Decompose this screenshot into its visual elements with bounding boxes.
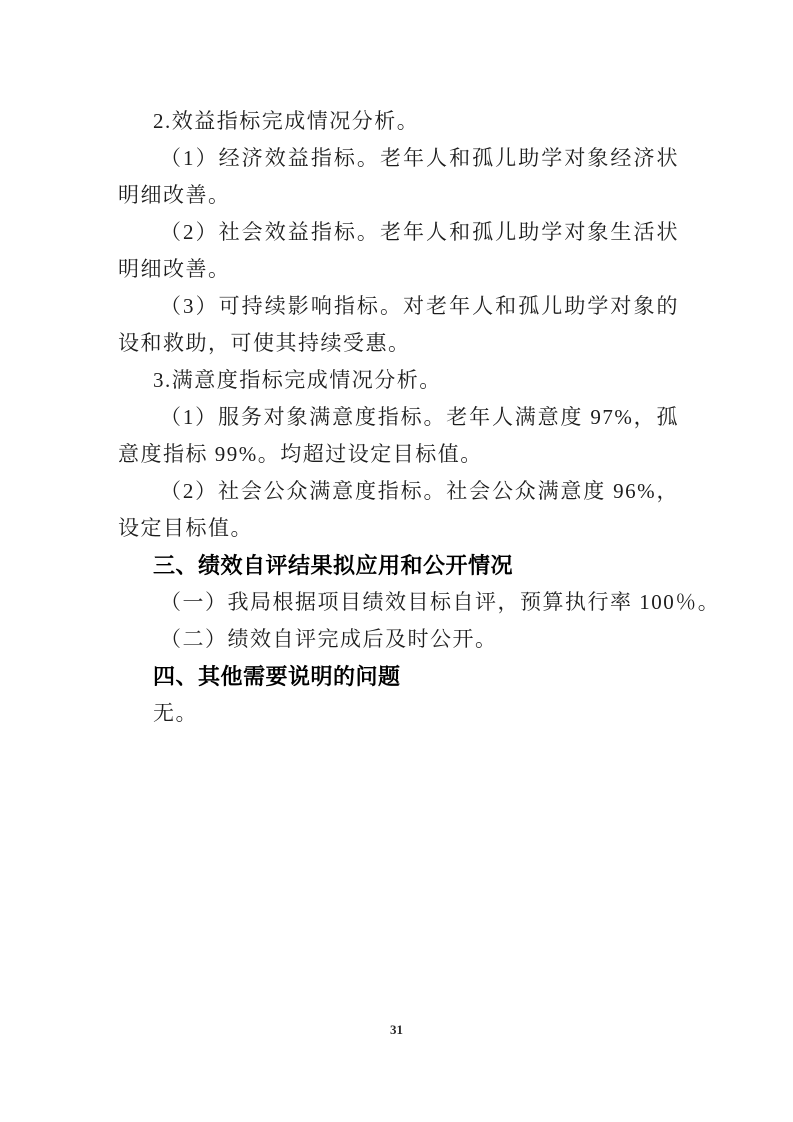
- paragraph-line: 无。: [118, 695, 679, 732]
- paragraph-line: 设定目标值。: [118, 510, 679, 547]
- paragraph-line: 3.满意度指标完成情况分析。: [118, 362, 679, 399]
- paragraph-line: 明细改善。: [118, 177, 679, 214]
- page-number: 31: [0, 1022, 793, 1038]
- paragraph-line: （2）社会效益指标。老年人和孤儿助学对象生活状况: [118, 214, 679, 251]
- paragraph-line: 意度指标 99%。均超过设定目标值。: [118, 436, 679, 473]
- paragraph-line: 2.效益指标完成情况分析。: [118, 103, 679, 140]
- paragraph-line: （二）绩效自评完成后及时公开。: [118, 621, 679, 658]
- paragraph-line: （1）服务对象满意度指标。老年人满意度 97%，孤儿满: [118, 399, 679, 436]
- paragraph-line: （2）社会公众满意度指标。社会公众满意度 96%，超过: [118, 473, 679, 510]
- section-heading: 三、绩效自评结果拟应用和公开情况: [118, 547, 679, 584]
- section-heading: 四、其他需要说明的问题: [118, 658, 679, 695]
- paragraph-line: （一）我局根据项目绩效目标自评，预算执行率 100％。: [118, 584, 679, 621]
- paragraph-line: 明细改善。: [118, 251, 679, 288]
- paragraph-line: （1）经济效益指标。老年人和孤儿助学对象经济状况: [118, 140, 679, 177]
- document-page: 2.效益指标完成情况分析。 （1）经济效益指标。老年人和孤儿助学对象经济状况 明…: [0, 0, 793, 1122]
- paragraph-line: 设和救助，可使其持续受惠。: [118, 325, 679, 362]
- paragraph-line: （3）可持续影响指标。对老年人和孤儿助学对象的建: [118, 288, 679, 325]
- document-body: 2.效益指标完成情况分析。 （1）经济效益指标。老年人和孤儿助学对象经济状况 明…: [118, 103, 679, 732]
